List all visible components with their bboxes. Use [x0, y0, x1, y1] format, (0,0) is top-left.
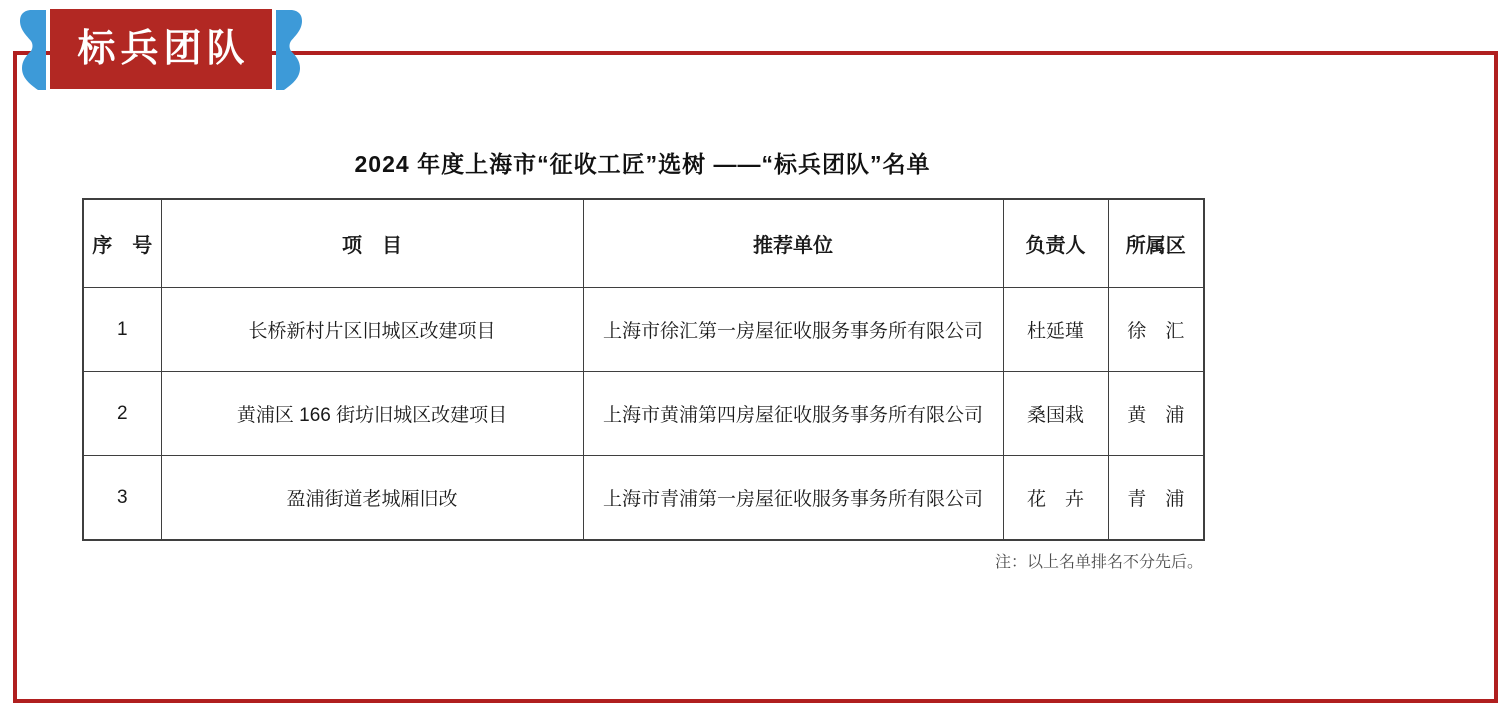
table-row: 3 盈浦街道老城厢旧改 上海市青浦第一房屋征收服务事务所有限公司 花 卉 青 浦	[83, 456, 1204, 541]
table-row: 1 长桥新村片区旧城区改建项目 上海市徐汇第一房屋征收服务事务所有限公司 杜延瑾…	[83, 288, 1204, 372]
cell-leader: 桑国栽	[1003, 372, 1108, 456]
ribbon-left-icon	[20, 10, 46, 95]
document-page: 标兵团队 2024 年度上海市“征收工匠”选树 ——“标兵团队”名单 序 号 项…	[0, 0, 1510, 718]
cell-no: 3	[83, 456, 161, 541]
cell-unit: 上海市徐汇第一房屋征收服务事务所有限公司	[583, 288, 1003, 372]
footnote: 注：以上名单排名不分先后。	[82, 549, 1203, 572]
section-badge: 标兵团队	[50, 9, 272, 89]
cell-no: 1	[83, 288, 161, 372]
cell-project: 黄浦区 166 街坊旧城区改建项目	[161, 372, 583, 456]
cell-leader: 杜延瑾	[1003, 288, 1108, 372]
cell-district: 徐 汇	[1108, 288, 1204, 372]
cell-no: 2	[83, 372, 161, 456]
header-cell-no: 序 号	[83, 199, 161, 288]
cell-district: 黄 浦	[1108, 372, 1204, 456]
roster-table: 序 号 项 目 推荐单位 负责人 所属区 1 长桥新村片区旧城区改建项目 上海市…	[82, 198, 1205, 541]
cell-project: 盈浦街道老城厢旧改	[161, 456, 583, 541]
header-cell-project: 项 目	[161, 199, 583, 288]
cell-project: 长桥新村片区旧城区改建项目	[161, 288, 583, 372]
header-cell-leader: 负责人	[1003, 199, 1108, 288]
table-header-row: 序 号 项 目 推荐单位 负责人 所属区	[83, 199, 1204, 288]
header-cell-unit: 推荐单位	[583, 199, 1003, 288]
cell-unit: 上海市青浦第一房屋征收服务事务所有限公司	[583, 456, 1003, 541]
document-title: 2024 年度上海市“征收工匠”选树 ——“标兵团队”名单	[82, 146, 1203, 179]
cell-leader: 花 卉	[1003, 456, 1108, 541]
ribbon-right-icon	[276, 10, 302, 95]
cell-district: 青 浦	[1108, 456, 1204, 541]
table-row: 2 黄浦区 166 街坊旧城区改建项目 上海市黄浦第四房屋征收服务事务所有限公司…	[83, 372, 1204, 456]
section-badge-label: 标兵团队	[72, 30, 249, 68]
cell-unit: 上海市黄浦第四房屋征收服务事务所有限公司	[583, 372, 1003, 456]
header-cell-district: 所属区	[1108, 199, 1204, 288]
